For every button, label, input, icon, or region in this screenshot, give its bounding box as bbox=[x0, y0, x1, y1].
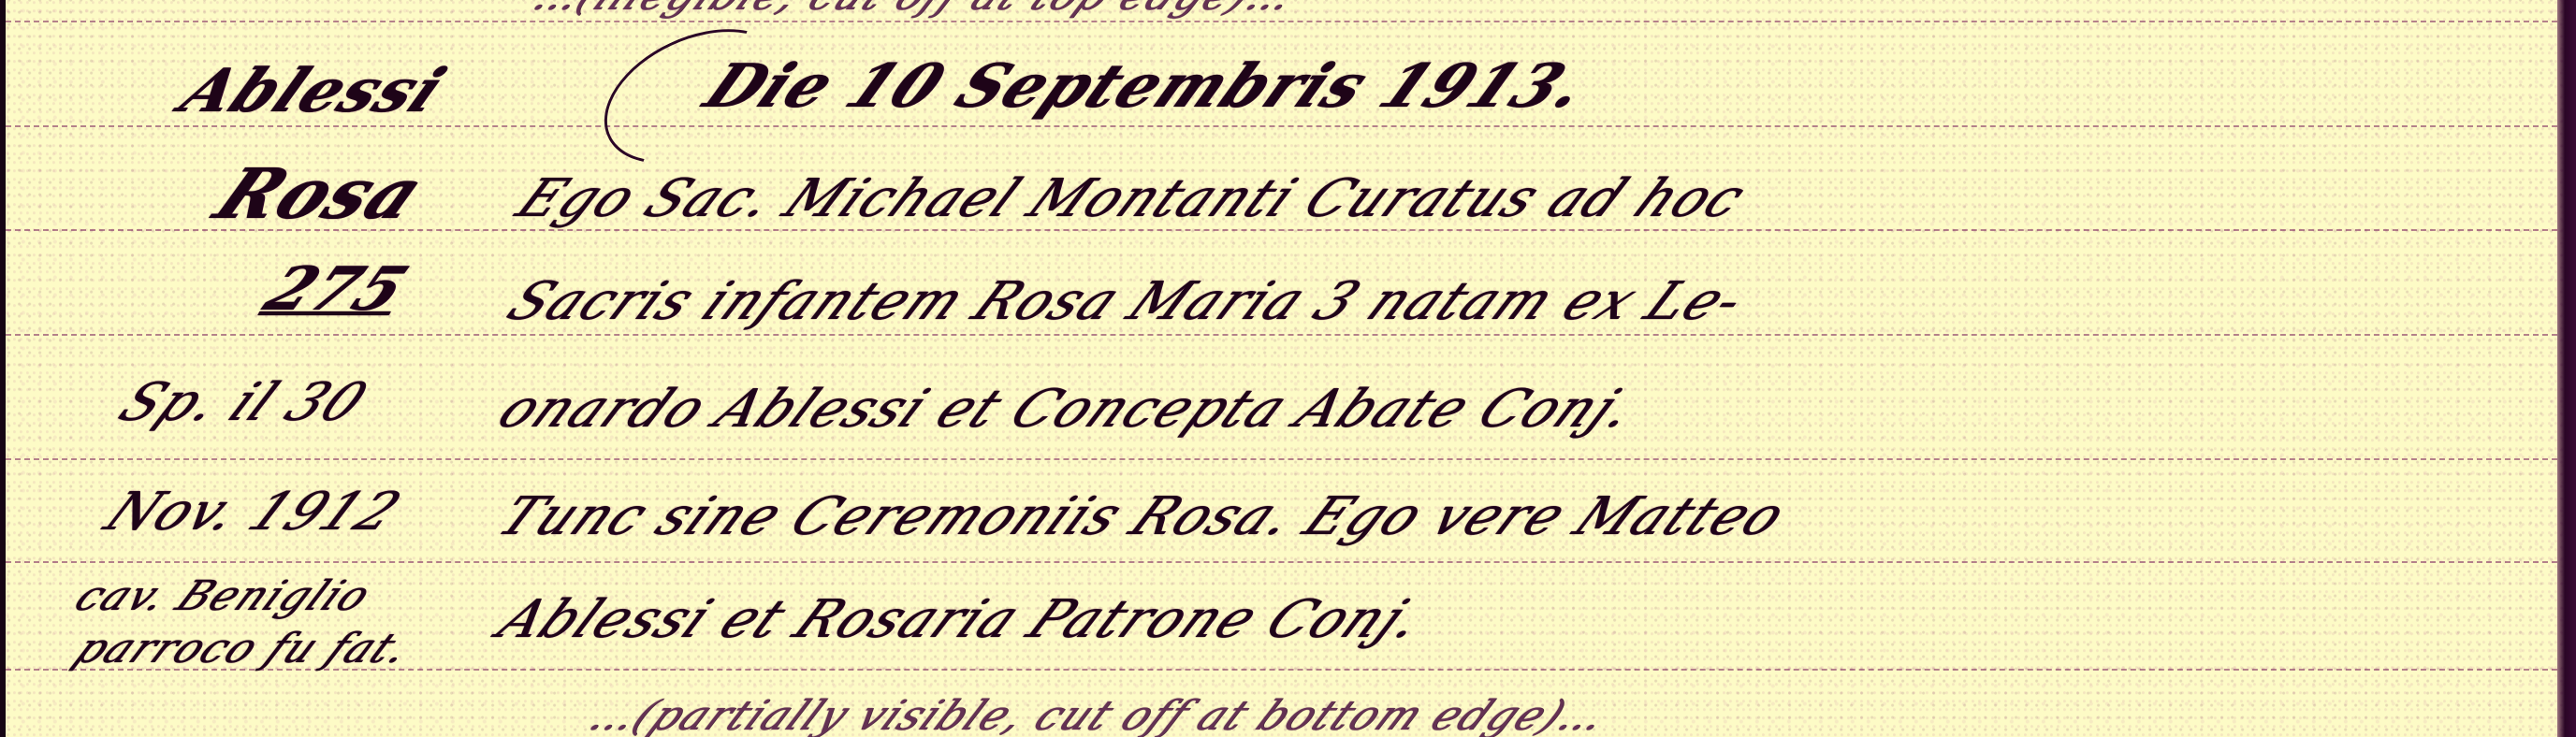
margin-entry-number: 275 bbox=[253, 254, 420, 325]
page-right-binding-edge bbox=[2557, 0, 2576, 737]
margin-surname: Ablessi bbox=[168, 56, 458, 126]
margin-remark-line1: cav. Beniglio bbox=[65, 572, 382, 620]
entry-partial-bottom-line: …(partially visible, cut off at bottom e… bbox=[580, 692, 1619, 737]
margin-remark-line2: parroco fu fat. bbox=[65, 625, 421, 672]
entry-text-line: onardo Ablessi et Concepta Abate Conj. bbox=[487, 379, 1649, 440]
entry-body: Die 10 Septembris 1913. Ego Sac. Michael… bbox=[468, 0, 2548, 737]
entry-text-line: Tunc sine Ceremoniis Rosa. Ego vere Matt… bbox=[487, 486, 1798, 547]
margin-birth-note-line1: Sp. il 30 bbox=[108, 372, 379, 433]
register-page-scan: …(illegible, cut off at top edge)… Ables… bbox=[0, 0, 2576, 737]
margin-birth-note-line2: Nov. 1912 bbox=[94, 482, 413, 542]
entry-text-line: Ablessi et Rosaria Patrone Conj. bbox=[487, 589, 1437, 650]
entry-text-line: Ego Sac. Michael Montanti Curatus ad hoc bbox=[505, 168, 1758, 229]
page-left-shadow-edge bbox=[0, 0, 6, 737]
entry-date-line: Die 10 Septembris 1913. bbox=[692, 51, 1601, 122]
margin-column: Ablessi Rosa 275 Sp. il 30 Nov. 1912 cav… bbox=[28, 0, 468, 737]
entry-text-line: Sacris infantem Rosa Maria 3 natam ex Le… bbox=[496, 271, 1757, 332]
margin-given-name: Rosa bbox=[201, 154, 439, 235]
